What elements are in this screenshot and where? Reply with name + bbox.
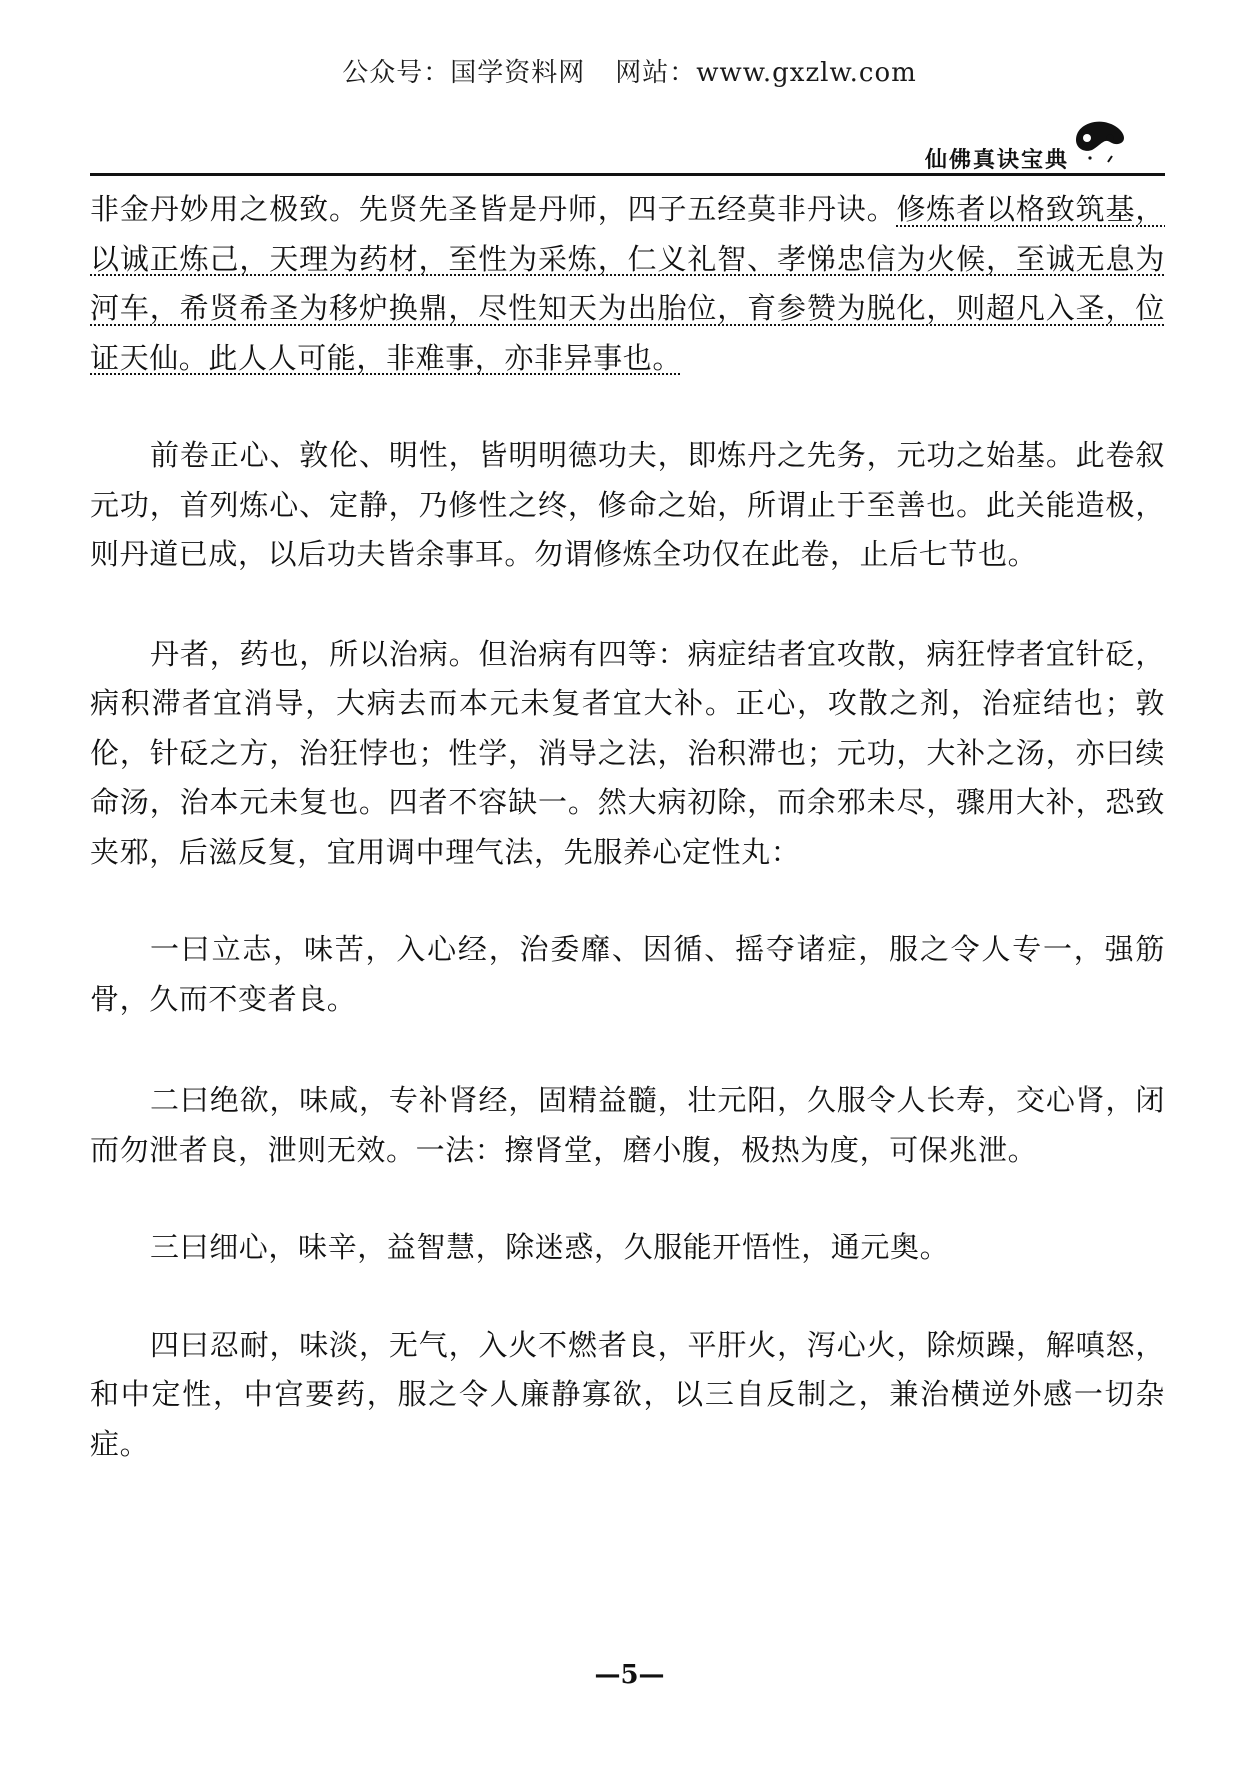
page-body: 非金丹妙用之极致。先贤先圣皆是丹师，四子五经莫非丹诀。修炼者以格致筑基，以诚正炼… [90,185,1165,1469]
paragraph-6: 三曰细心，味辛，益智慧，除迷惑，久服能开悟性，通元奥。 [90,1223,1165,1273]
paragraph-2: 前卷正心、敦伦、明性，皆明明德功夫，即炼丹之先务，元功之始基。此卷叙元功，首列炼… [90,431,1165,580]
watermark-banner: 公众号：国学资料网网站：www.gxzlw.com [0,52,1259,89]
paragraph-3: 丹者，药也，所以治病。但治病有四等：病症结者宜攻散，病狂悖者宜针砭，病积滞者宜消… [90,630,1165,878]
paragraph-5: 二曰绝欲，味咸，专补肾经，固精益髓，壮元阳，久服令人长寿，交心肾，闭而勿泄者良，… [90,1076,1165,1175]
paragraph-1: 非金丹妙用之极致。先贤先圣皆是丹师，四子五经莫非丹诀。修炼者以格致筑基，以诚正炼… [90,185,1165,383]
paragraph-7: 四曰忍耐，味淡，无气，入火不燃者良，平肝火，泻心火，除烦躁，解嗔怒，和中定性，中… [90,1321,1165,1470]
watermark-account: 公众号：国学资料网 [342,58,585,88]
watermark-website: 网站：www.gxzlw.com [615,58,917,88]
taiji-icon [1070,118,1130,170]
paragraph-1-plain: 非金丹妙用之极致。先贤先圣皆是丹师，四子五经莫非丹诀。 [90,192,896,226]
paragraph-4: 一曰立志，味苦，入心经，治委靡、因循、摇夺诸症，服之令人专一，强筋骨，久而不变者… [90,925,1165,1024]
page-number: —5— [0,1660,1259,1690]
running-head-book-title: 仙佛真诀宝典 [925,143,1069,174]
header-rule [90,173,1165,176]
